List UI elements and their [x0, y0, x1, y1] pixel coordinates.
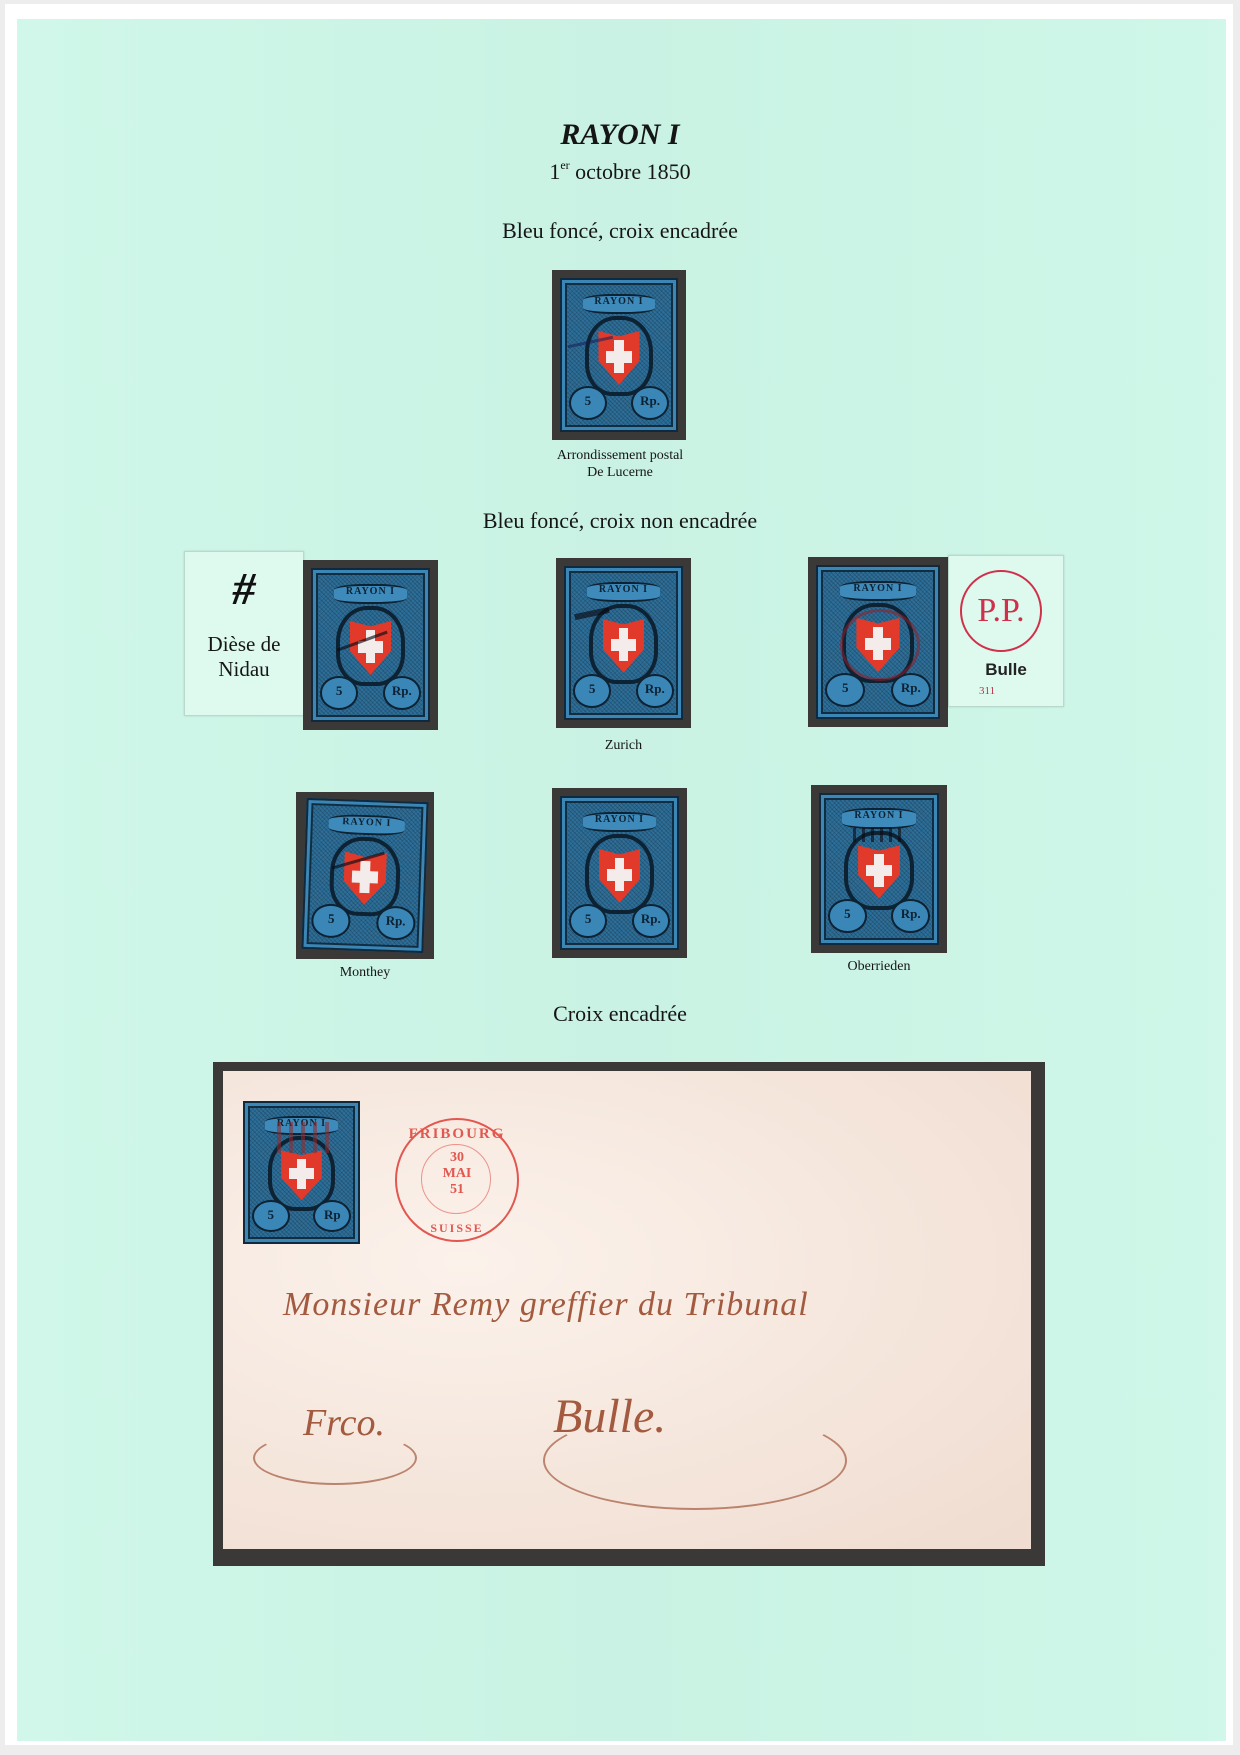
stamp-mount: RAYON I 5 Rp.: [552, 788, 687, 958]
stamp-banner: RAYON I: [587, 582, 661, 603]
stamp-caption-zurich: Zurich: [556, 737, 691, 754]
red-grid-cancel: [277, 1122, 329, 1153]
stamp-rayon-i: RAYON I 5 Rp.: [819, 793, 939, 945]
stamp-banner: RAYON I: [583, 294, 656, 315]
label-pp-bulle: P.P. Bulle 311: [948, 555, 1064, 707]
stamp-unit: Rp.: [375, 906, 416, 941]
stamp-caption-oberrieden: Oberrieden: [811, 958, 947, 975]
postmark-date: 30 MAI 51: [397, 1150, 517, 1198]
stamp-caption-lucerne: Arrondissement postal De Lucerne: [520, 447, 720, 481]
date-rest: octobre 1850: [570, 159, 691, 184]
label-line: Nidau: [185, 657, 303, 682]
fribourg-postmark: FRIBOURG 30 MAI 51 SUISSE: [395, 1118, 519, 1242]
cover-mount: RAYON I 5 Rp FRIBOURG 30 MAI 51 SUISSE M…: [213, 1062, 1045, 1566]
label-line: Dièse de: [185, 632, 303, 657]
cross-icon-bar: [289, 1168, 314, 1179]
postmark-year: 51: [397, 1182, 517, 1198]
stamp-banner: RAYON I: [329, 814, 405, 837]
stamp-mount: RAYON I 5 Rp.: [296, 792, 434, 959]
flourish: [543, 1411, 847, 1510]
cover-stamp: RAYON I 5 Rp: [243, 1101, 360, 1244]
stamp-unit: Rp: [313, 1200, 351, 1232]
stamp-value: 5: [573, 674, 612, 708]
pp-circle-stamp: P.P.: [960, 570, 1042, 652]
stamp-rayon-i: RAYON I 5 Rp.: [564, 566, 683, 720]
page-title: RAYON I: [0, 118, 1240, 152]
label-dièse-de-nidau: # Dièse de Nidau: [184, 551, 304, 716]
grid-cancel-mark: [853, 828, 906, 843]
stamp-mount: RAYON I 5 Rp.: [808, 557, 948, 727]
stamp-mount: RAYON I 5 Rp.: [303, 560, 438, 730]
stamp-rayon-i: RAYON I 5 Rp.: [301, 798, 428, 953]
stamp-mount: RAYON I 5 Rp.: [556, 558, 691, 728]
section-heading-non-encadree: Bleu foncé, croix non encadrée: [0, 508, 1240, 534]
postmark-day: 30: [397, 1150, 517, 1166]
stamp-rayon-i: RAYON I 5 Rp.: [560, 278, 678, 432]
cross-icon-bar: [607, 869, 632, 881]
stamp-caption-monthey: Monthey: [296, 964, 434, 981]
stamp-mount: RAYON I 5 Rp.: [811, 785, 947, 953]
caption-line: Arrondissement postal: [520, 447, 720, 464]
stamp-unit: Rp.: [632, 904, 671, 938]
label-number: 311: [979, 685, 995, 697]
label-town: Bulle: [949, 660, 1063, 680]
address-line-recipient: Monsieur Remy greffier du Tribunal: [283, 1286, 809, 1324]
stamp-rayon-i: RAYON I 5 Rp: [243, 1101, 360, 1244]
stamp-value: 5: [825, 673, 865, 707]
stamp-banner: RAYON I: [842, 808, 916, 828]
stamp-rayon-i: RAYON I 5 Rp.: [560, 796, 679, 950]
stamp-unit: Rp.: [636, 674, 675, 708]
postmark-town: FRIBOURG: [397, 1126, 517, 1143]
stamp-mount: RAYON I 5 Rp.: [552, 270, 686, 440]
stamp-rayon-i: RAYON I 5 Rp.: [311, 568, 430, 722]
section-heading-encadree: Bleu foncé, croix encadrée: [0, 218, 1240, 244]
stamp-value: 5: [569, 904, 608, 938]
flourish: [253, 1431, 417, 1485]
stamp-banner: RAYON I: [334, 584, 408, 605]
postal-cover: RAYON I 5 Rp FRIBOURG 30 MAI 51 SUISSE M…: [223, 1071, 1031, 1549]
issue-date: 1er octobre 1850: [0, 158, 1240, 185]
postmark-country: SUISSE: [397, 1221, 517, 1236]
postmark-month: MAI: [397, 1166, 517, 1182]
stamp-value: 5: [828, 899, 867, 933]
pp-cancel-mark: [840, 609, 920, 681]
sharp-sign-icon: #: [185, 566, 303, 612]
date-sup: er: [560, 158, 569, 172]
stamp-banner: RAYON I: [840, 581, 917, 602]
stamp-value: 5: [252, 1200, 290, 1232]
stamp-rayon-i: RAYON I 5 Rp.: [816, 565, 940, 719]
stamp-banner: RAYON I: [583, 812, 657, 833]
date-day: 1: [549, 159, 560, 184]
cross-icon-bar: [866, 865, 892, 877]
stamp-unit: Rp.: [631, 386, 669, 420]
caption-line: De Lucerne: [520, 464, 720, 481]
stamp-unit: Rp.: [891, 899, 930, 933]
section-heading-croix-encadree: Croix encadrée: [0, 1001, 1240, 1027]
